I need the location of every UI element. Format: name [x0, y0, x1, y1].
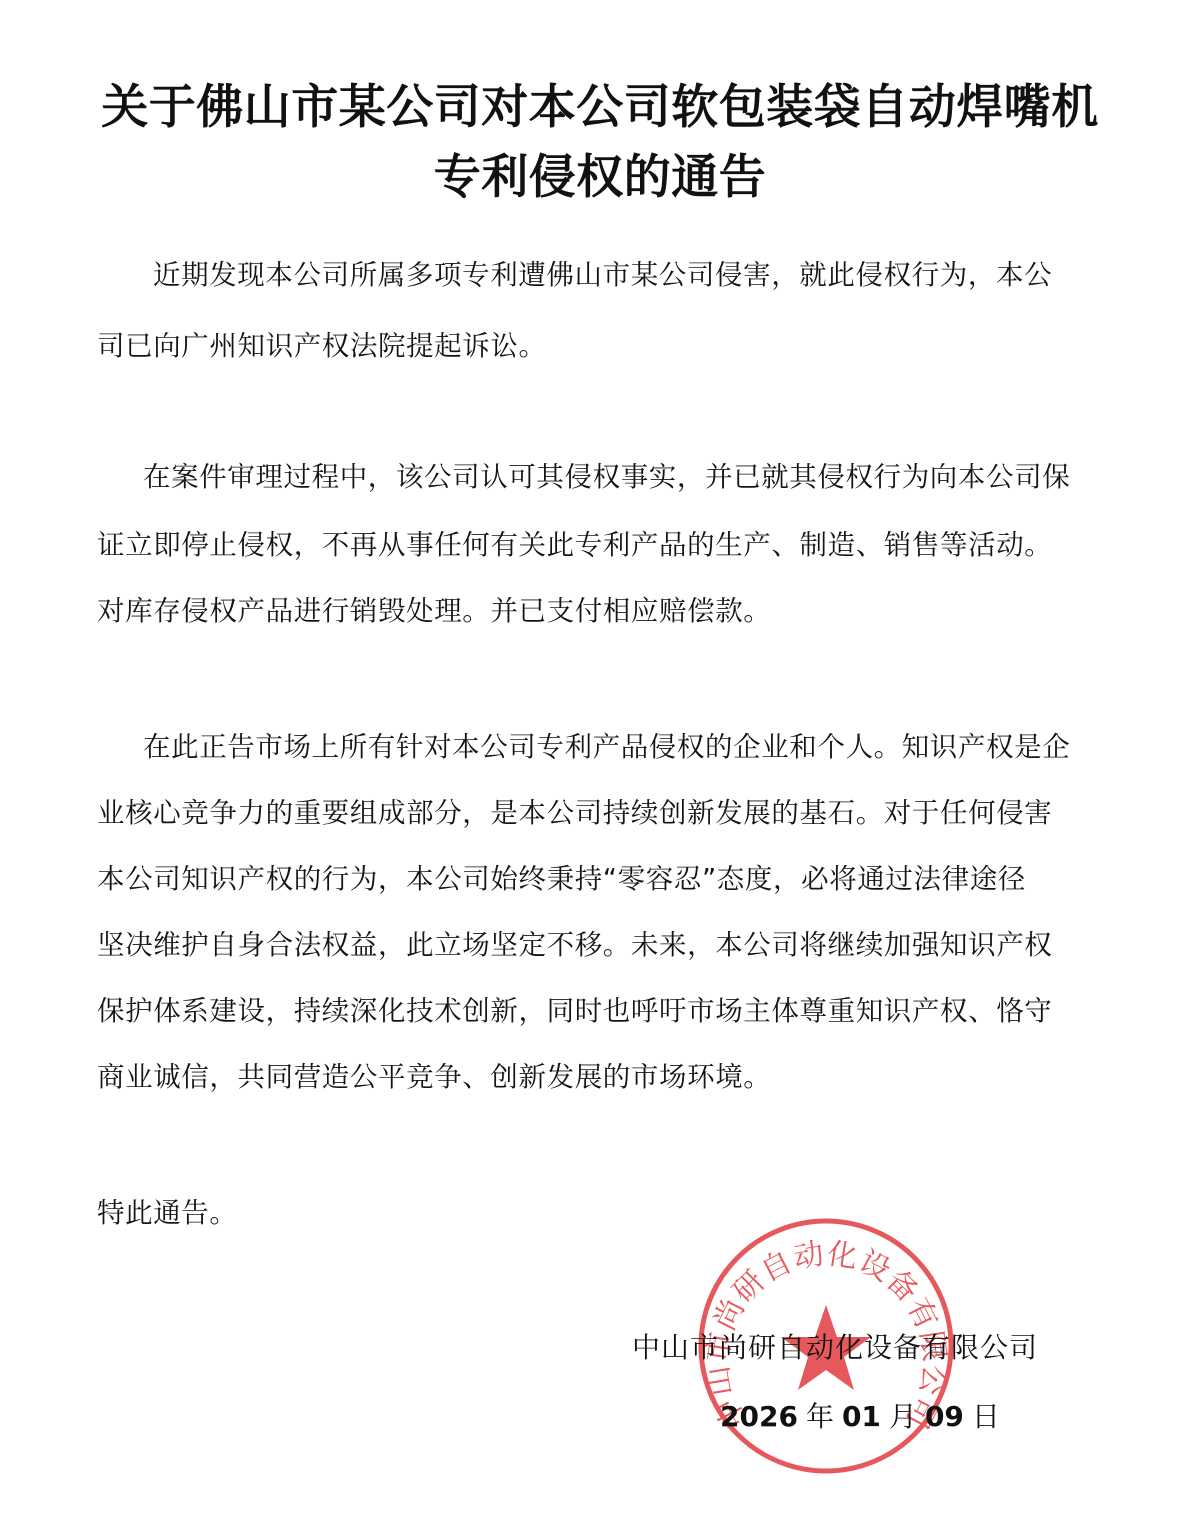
paragraph-line: 业核心竞争力的重要组成部分，是本公司持续创新发展的基石。对于任何侵害	[97, 800, 1052, 828]
date-day-unit: 日	[972, 1400, 1000, 1433]
signatory-company: 中山市尚研自动化设备有限公司	[632, 1334, 1038, 1362]
paragraph-line: 证立即停止侵权，不再从事任何有关此专利产品的生产、制造、销售等活动。	[97, 532, 1052, 560]
date-year-unit: 年	[806, 1400, 834, 1433]
signature-date: 2026年01月09日	[720, 1403, 1008, 1431]
paragraph-line: 在案件审理过程中，该公司认可其侵权事实，并已就其侵权行为向本公司保	[143, 464, 1070, 492]
paragraph-line: 司已向广州知识产权法院提起诉讼。	[97, 333, 547, 361]
paragraph-line: 在此正告市场上所有针对本公司专利产品侵权的企业和个人。知识产权是企	[143, 734, 1070, 762]
date-day: 09	[925, 1400, 964, 1433]
paragraph-line: 商业诚信，共同营造公平竞争、创新发展的市场环境。	[97, 1064, 771, 1092]
date-month-unit: 月	[889, 1400, 917, 1433]
date-month: 01	[842, 1400, 881, 1433]
paragraph-line: 本公司知识产权的行为，本公司始终秉持“零容忍”态度，必将通过法律途径	[97, 866, 1026, 894]
document-title-line-1: 关于佛山市某公司对本公司软包装袋自动焊嘴机	[0, 84, 1200, 131]
paragraph-line: 坚决维护自身合法权益，此立场坚定不移。未来，本公司将继续加强知识产权	[97, 932, 1052, 960]
notice-document: 关于佛山市某公司对本公司软包装袋自动焊嘴机 专利侵权的通告 近期发现本公司所属多…	[0, 0, 1200, 1516]
paragraph-line: 对库存侵权产品进行销毁处理。并已支付相应赔偿款。	[97, 598, 771, 626]
paragraph-line: 近期发现本公司所属多项专利遭佛山市某公司侵害，就此侵权行为，本公	[153, 262, 1052, 290]
document-title-line-2: 专利侵权的通告	[0, 154, 1200, 201]
date-year: 2026	[720, 1400, 798, 1433]
paragraph-line: 保护体系建设，持续深化技术创新，同时也呼吁市场主体尊重知识产权、恪守	[97, 998, 1052, 1026]
closing-statement: 特此通告。	[97, 1200, 238, 1228]
